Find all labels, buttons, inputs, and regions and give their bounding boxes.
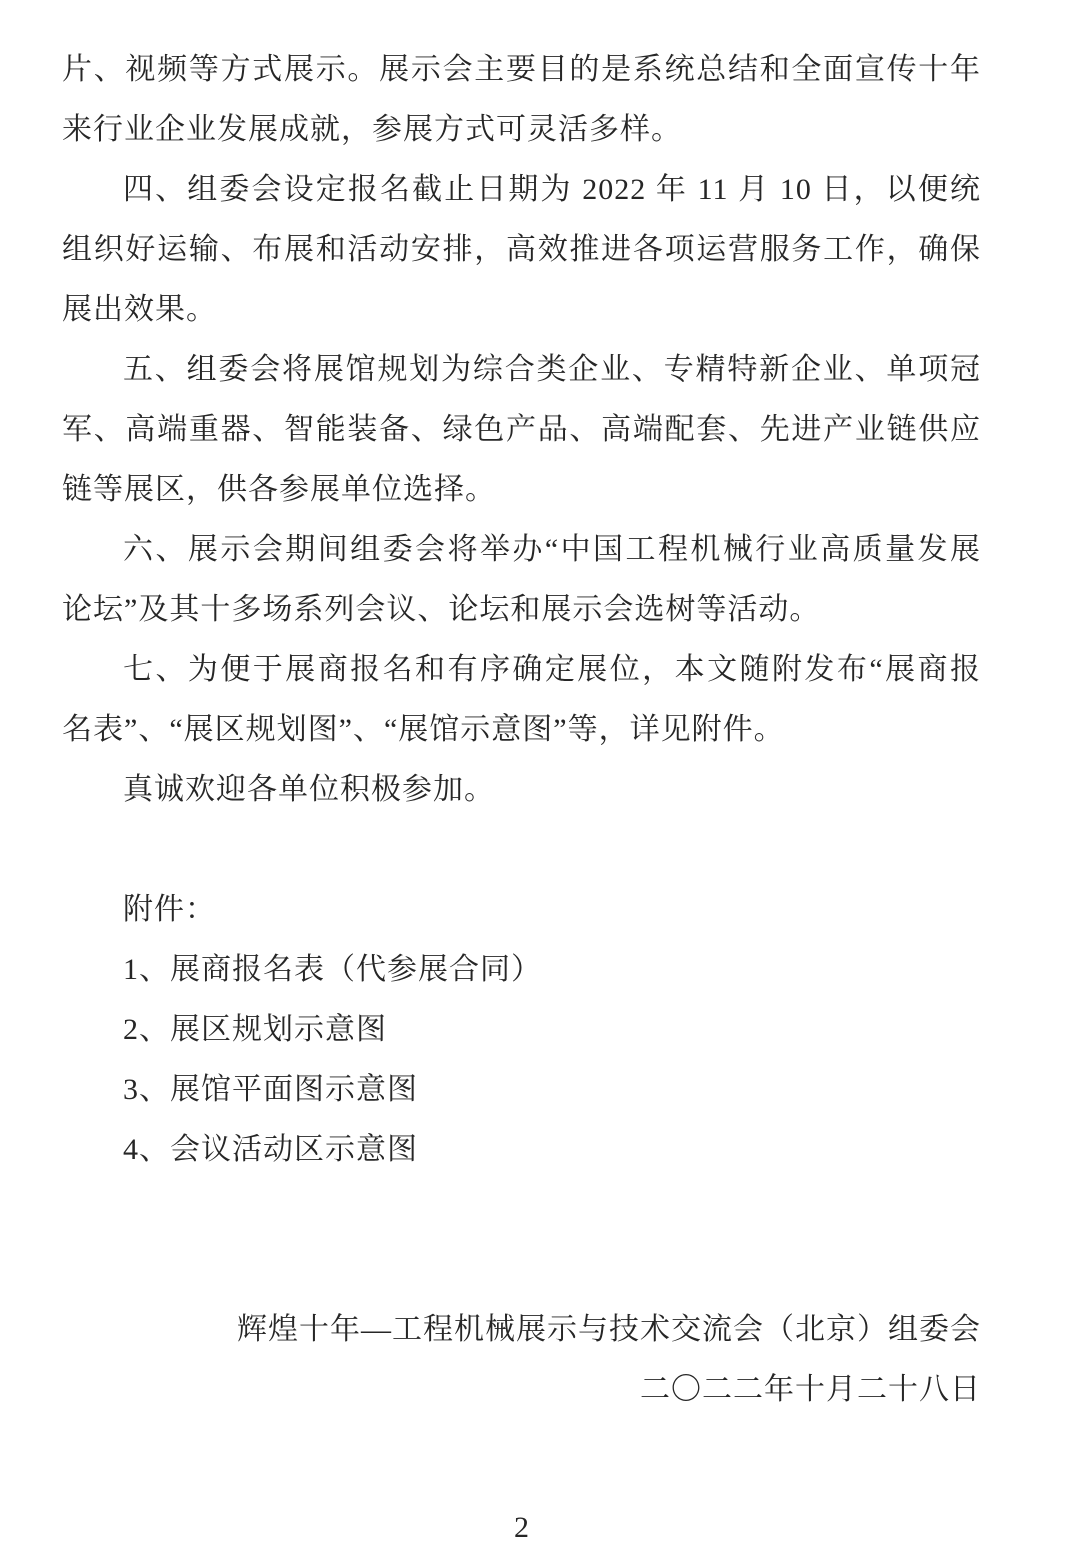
attachment-item: 3、展馆平面图示意图 bbox=[62, 1060, 981, 1120]
blank-line bbox=[62, 820, 981, 880]
signature-organization: 辉煌十年—工程机械展示与技术交流会（北京）组委会 bbox=[62, 1300, 981, 1360]
body-line: 六、展示会期间组委会将举办“中国工程机械行业高质量发展 bbox=[62, 520, 981, 580]
attachment-item: 1、展商报名表（代参展合同） bbox=[62, 940, 981, 1000]
blank-line bbox=[62, 1180, 981, 1240]
body-line: 论坛”及其十多场系列会议、论坛和展示会选树等活动。 bbox=[62, 580, 981, 640]
blank-line bbox=[62, 1240, 981, 1300]
body-line: 组织好运输、布展和活动安排，高效推进各项运营服务工作，确保 bbox=[62, 220, 981, 280]
body-line: 五、组委会将展馆规划为综合类企业、专精特新企业、单项冠 bbox=[62, 340, 981, 400]
body-line: 名表”、“展区规划图”、“展馆示意图”等，详见附件。 bbox=[62, 700, 981, 760]
body-line: 链等展区，供各参展单位选择。 bbox=[62, 460, 981, 520]
body-line: 四、组委会设定报名截止日期为 2022 年 11 月 10 日，以便统筹 bbox=[62, 160, 981, 220]
body-line: 军、高端重器、智能装备、绿色产品、高端配套、先进产业链供应 bbox=[62, 400, 981, 460]
body-line: 片、视频等方式展示。展示会主要目的是系统总结和全面宣传十年 bbox=[62, 40, 981, 100]
body-line: 真诚欢迎各单位积极参加。 bbox=[62, 760, 981, 820]
body-line: 七、为便于展商报名和有序确定展位，本文随附发布“展商报 bbox=[62, 640, 981, 700]
document-body: 片、视频等方式展示。展示会主要目的是系统总结和全面宣传十年 来行业企业发展成就，… bbox=[0, 0, 1080, 1558]
document-page: 片、视频等方式展示。展示会主要目的是系统总结和全面宣传十年 来行业企业发展成就，… bbox=[0, 0, 1080, 1561]
attachment-item: 4、会议活动区示意图 bbox=[62, 1120, 981, 1180]
attachment-item: 2、展区规划示意图 bbox=[62, 1000, 981, 1060]
signature-date: 二〇二二年十月二十八日 bbox=[62, 1360, 981, 1420]
body-line: 展出效果。 bbox=[62, 280, 981, 340]
blank-gap bbox=[62, 1420, 981, 1498]
page-footer: 2 bbox=[62, 1498, 981, 1558]
body-line: 来行业企业发展成就，参展方式可灵活多样。 bbox=[62, 100, 981, 160]
attachments-heading: 附件： bbox=[62, 880, 981, 940]
page-number: 2 bbox=[514, 1511, 529, 1544]
